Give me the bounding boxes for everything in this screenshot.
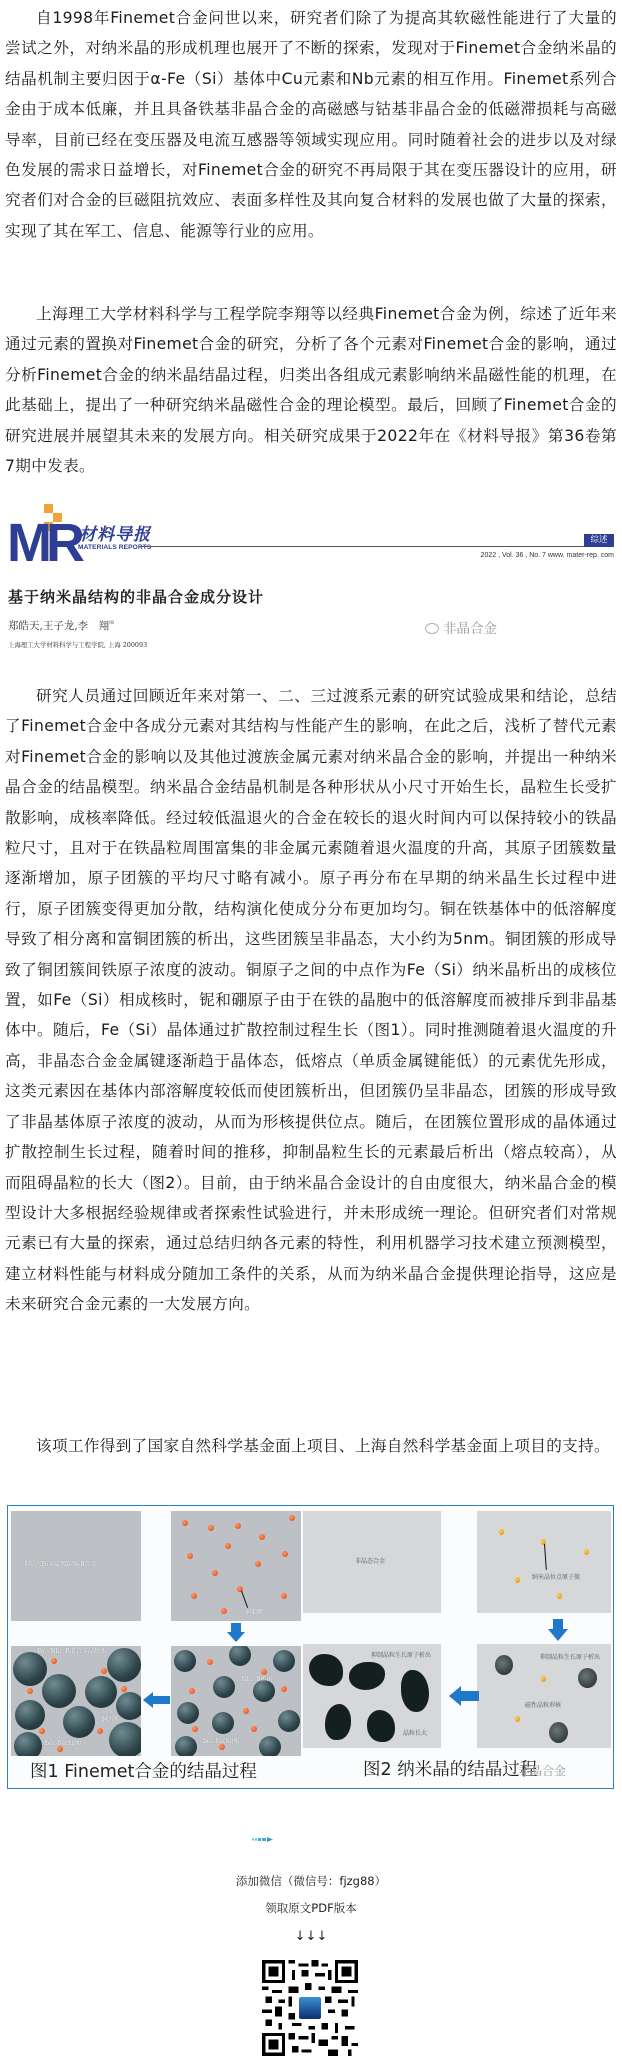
figure-watermark: 非晶合金 [518, 1762, 566, 1779]
journal-logo: MR 材料导报 MATERIALS REPORTS [7, 504, 137, 560]
fig2-panel-amorphous: 非晶态合金 [303, 1511, 441, 1613]
arrow-down-icon [227, 1622, 245, 1644]
watermark-text: 非晶合金 [443, 621, 497, 637]
panel-label: bcc-Fe(Si)相 [203, 1736, 240, 1745]
panel-label: bcc-Fe(Si)相 [45, 1738, 82, 1747]
panel-label: 铜偏聚 [245, 1607, 263, 1616]
journal-header-image: MR 材料导报 MATERIALS REPORTS 综述 2022 , Vol.… [0, 490, 622, 670]
watermark: 非晶合金 [425, 617, 497, 637]
panel-label: Nb、B析出 [241, 1674, 273, 1683]
summary-paragraph: 上海理工大学材料科学与工程学院李翔等以经典Finemet合金为例，综述了近年来通… [5, 299, 617, 481]
author-names: 郑皓天,王子龙,李 翔 [8, 620, 109, 632]
panel-label: 非晶态Fe-Cu-Nb-Si-B合金 [23, 1559, 96, 1568]
panel-label: 纳米晶位点原子簇 [532, 1572, 580, 1581]
arrow-down-icon [548, 1618, 568, 1642]
wechat-icon [425, 623, 439, 634]
qr-code[interactable] [262, 1960, 358, 2056]
panel-label: 铜团簇 [101, 1714, 119, 1723]
fig2-panel-grain-growth: 抑制晶粒生长原子析出 晶粒长大 [303, 1644, 441, 1748]
panel-label: 晶粒长大 [403, 1728, 427, 1737]
arrow-left-icon [448, 1686, 480, 1706]
header-rule [140, 546, 614, 547]
issue-info: 2022 , Vol. 36 , No. 7 www. mater-rep. c… [330, 552, 614, 559]
panel-label: 抑制晶粒生长原子析出 [371, 1650, 431, 1659]
intro-paragraph: 自1998年Finemet合金问世以来，研究者们除了为提高其软磁性能进行了大量的… [5, 3, 617, 246]
body-paragraph: 研究人员通过回顾近年来对第一、二、三过渡系元素的研究试验成果和结论，总结了Fin… [5, 681, 617, 1320]
paper-title: 基于纳米晶结构的非晶合金成分设计 [8, 586, 264, 607]
fig1-panel-amorphous: 非晶态Fe-Cu-Nb-Si-B合金 [11, 1511, 141, 1621]
logo-chinese-name: 材料导报 [79, 520, 151, 545]
figure-1-caption: 图1 Finemet合金的结晶过程 [30, 1758, 257, 1783]
panel-label: 非晶态合金 [355, 1556, 385, 1565]
fig2-panel-magnetic-nucleation: 抑制晶粒生长原子析出 磁性晶粒形核 [477, 1644, 611, 1748]
paper-affiliation: 上海理工大学材料科学与工程学院, 上海 200093 [8, 640, 147, 649]
figure-2-caption: 图2 纳米晶的结晶过程 [363, 1756, 537, 1781]
figure-crystallization: 非晶态Fe-Cu-Nb-Si-B合金 铜偏聚 Nb、B析出 bcc-Fe(Si)… [7, 1505, 614, 1789]
logo-letters: MR [7, 518, 79, 568]
fig1-panel-grain-growth: Fe、Nb、B混合非晶基体 铜团簇 bcc-Fe(Si)相 [11, 1646, 141, 1756]
wechat-add-text: 添加微信（微信号：fjzg88） [0, 1873, 622, 1889]
panel-label: Fe、Nb、B混合非晶基体 [37, 1646, 106, 1655]
article-type-tag: 综述 [584, 534, 614, 547]
arrow-left-icon [143, 1692, 171, 1708]
panel-label: 磁性晶粒形核 [525, 1700, 561, 1709]
paper-authors: 郑皓天,王子龙,李 翔✉ [8, 618, 114, 633]
fig1-panel-nb-b-precipitation: Nb、B析出 bcc-Fe(Si)相 [171, 1646, 301, 1756]
mail-icon: ✉ [109, 620, 114, 627]
panel-label: 抑制晶粒生长原子析出 [540, 1652, 600, 1661]
fig1-panel-cu-segregation: 铜偏聚 [171, 1511, 301, 1621]
decorative-arrow-icon [252, 1837, 274, 1842]
funding-paragraph: 该项工作得到了国家自然科学基金面上项目、上海自然科学基金面上项目的支持。 [5, 1431, 617, 1461]
qr-center-logo [298, 1996, 322, 2020]
fig2-panel-nucleation-sites: 纳米晶位点原子簇 [477, 1511, 611, 1613]
pdf-offer-text: 领取原文PDF版本 [0, 1900, 622, 1916]
down-arrows-icon: ↓↓↓ [0, 1929, 622, 1944]
